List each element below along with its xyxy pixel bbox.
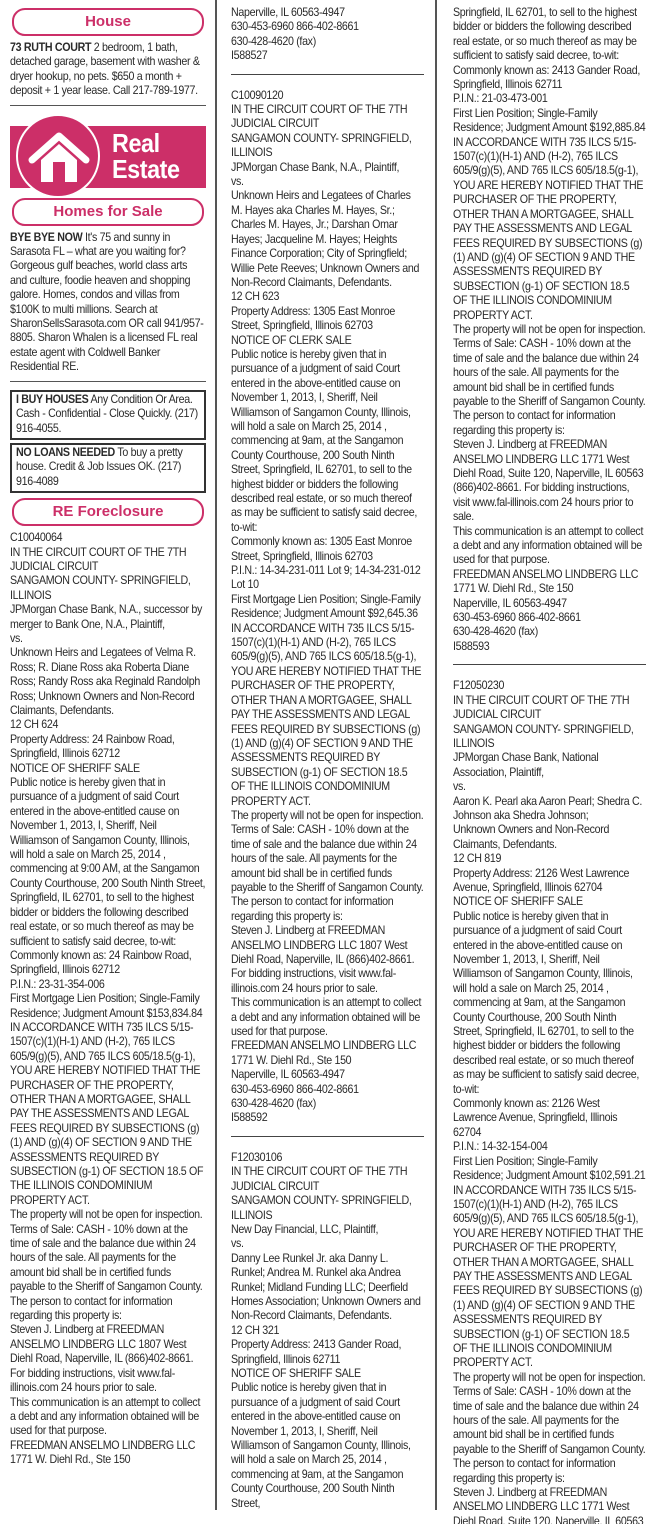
divider xyxy=(453,664,646,665)
divider xyxy=(10,105,206,106)
legal-notice-c10040064-continued: Naperville, IL 60563-4947 630-453-6960 8… xyxy=(231,6,424,64)
section-header-house: House xyxy=(12,8,204,36)
section-header-re-foreclosure: RE Foreclosure xyxy=(12,498,204,526)
real-estate-banner: Real Estate xyxy=(10,126,206,188)
classified-ad-no-loans-needed: NO LOANS NEEDED To buy a pretty house. C… xyxy=(10,443,206,493)
legal-notice-c10090120: C10090120 IN THE CIRCUIT COURT OF THE 7T… xyxy=(231,89,424,1126)
ad-lead: BYE BYE NOW xyxy=(10,231,82,244)
legal-notice-f12030106: F12030106 IN THE CIRCUIT COURT OF THE 7T… xyxy=(231,1151,424,1511)
legal-notice-c10040064: C10040064 IN THE CIRCUIT COURT OF THE 7T… xyxy=(10,531,206,1467)
column-middle: Naperville, IL 60563-4947 630-453-6960 8… xyxy=(217,0,436,1524)
classified-ad-ruth-court: 73 RUTH COURT 2 bedroom, 1 bath, detache… xyxy=(10,41,206,99)
classified-ad-i-buy-houses: I BUY HOUSES Any Condition Or Area. Cash… xyxy=(10,390,206,440)
ad-body: It's 75 and sunny in Sarasota FL – what … xyxy=(10,231,203,374)
house-icon xyxy=(28,130,90,186)
legal-notice-f12050230: F12050230 IN THE CIRCUIT COURT OF THE 7T… xyxy=(453,679,646,1524)
classified-ad-bye-bye-now: BYE BYE NOW It's 75 and sunny in Sarasot… xyxy=(10,231,206,375)
divider xyxy=(231,1136,424,1137)
divider xyxy=(10,381,206,382)
legal-notice-f12030106-continued: Springfield, IL 62701, to sell to the hi… xyxy=(453,6,646,654)
divider xyxy=(231,74,424,75)
section-header-homes-for-sale: Homes for Sale xyxy=(12,198,204,226)
ad-lead: 73 RUTH COURT xyxy=(10,41,91,54)
column-left: House 73 RUTH COURT 2 bedroom, 1 bath, d… xyxy=(0,0,216,1524)
banner-title: Real Estate xyxy=(112,130,180,182)
column-right: Springfield, IL 62701, to sell to the hi… xyxy=(437,0,652,1524)
